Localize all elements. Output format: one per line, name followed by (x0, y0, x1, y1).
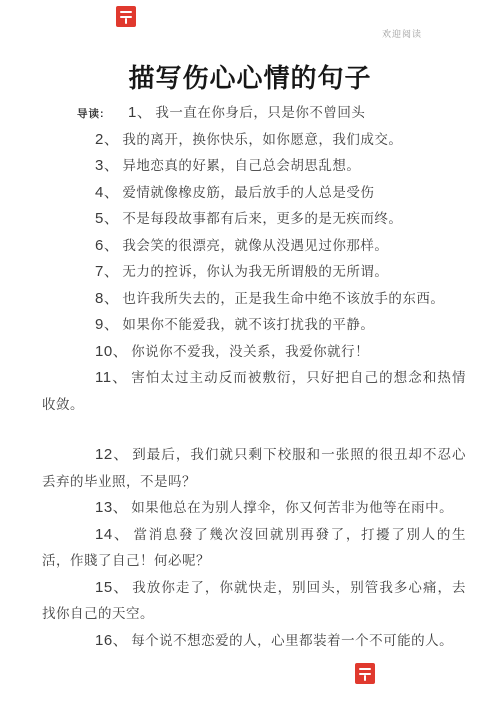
list-item: 14、當消息發了幾次沒回就別再發了，打擾了別人的生活，作賤了自己！何必呢？ (42, 522, 466, 575)
list-item: 1、我一直在你身后，只是你不曾回头 (42, 100, 466, 127)
list-item: 10、你说你不爱我，没关系，我爱你就行！ (42, 339, 466, 366)
list-item: 6、我会笑的很漂亮，就像从没遇见过你那样。 (42, 233, 466, 260)
list-item: 15、我放你走了，你就快走，别回头，别管我多心痛，去找你自己的天空。 (42, 575, 466, 628)
list-item: 12、到最后，我们就只剩下校服和一张照的很丑却不忍心丢弃的毕业照，不是吗？ (42, 442, 466, 495)
item-number: 1、 (128, 104, 152, 121)
item-text: 异地恋真的好累，自己总会胡思乱想。 (122, 158, 360, 173)
list-item: 4、爱情就像橡皮筋，最后放手的人总是受伤 (42, 180, 466, 207)
item-number: 7、 (95, 263, 119, 280)
list-item: 5、不是每段故事都有后来，更多的是无疾而终。 (42, 206, 466, 233)
item-number: 12、 (95, 446, 129, 463)
item-text: 你说你不爱我，没关系，我爱你就行！ (131, 344, 369, 359)
item-text: 爱情就像橡皮筋，最后放手的人总是受伤 (122, 185, 374, 200)
sentence-list: 1、我一直在你身后，只是你不曾回头 2、我的离开，换你快乐，如你愿意，我们成交。… (42, 100, 466, 654)
item-number: 2、 (95, 131, 119, 148)
red-stamp-icon (116, 6, 136, 27)
item-number: 9、 (95, 316, 119, 333)
item-number: 5、 (95, 210, 119, 227)
list-item: 3、异地恋真的好累，自己总会胡思乱想。 (42, 153, 466, 180)
watermark-text: 欢迎阅读 (382, 27, 422, 40)
stamp-detail (364, 675, 366, 681)
item-number: 14、 (95, 526, 131, 543)
list-item: 2、我的离开，换你快乐，如你愿意，我们成交。 (42, 127, 466, 154)
item-text: 我会笑的很漂亮，就像从没遇见过你那样。 (122, 238, 388, 253)
stamp-detail (125, 18, 127, 24)
stamp-detail (120, 11, 132, 13)
item-text: 无力的控诉，你认为我无所谓般的无所谓。 (122, 264, 388, 279)
list-item: 8、也许我所失去的，正是我生命中绝不该放手的东西。 (42, 286, 466, 313)
item-text: 不是每段故事都有后来，更多的是无疾而终。 (122, 211, 402, 226)
item-number: 6、 (95, 237, 119, 254)
stamp-detail (359, 668, 371, 670)
item-number: 11、 (95, 369, 128, 386)
item-text: 如果你不能爱我，就不该打扰我的平静。 (122, 317, 374, 332)
item-text: 我一直在你身后，只是你不曾回头 (155, 105, 365, 120)
item-number: 4、 (95, 184, 119, 201)
item-number: 13、 (95, 499, 128, 516)
item-text: 如果他总在为别人撑伞，你又何苦非为他等在雨中。 (131, 500, 453, 515)
item-number: 10、 (95, 343, 128, 360)
item-number: 3、 (95, 157, 119, 174)
item-text: 也许我所失去的，正是我生命中绝不该放手的东西。 (122, 291, 444, 306)
list-item: 11、害怕太过主动反而被敷衍，只好把自己的想念和热情收敛。 (42, 365, 466, 418)
list-item: 7、无力的控诉，你认为我无所谓般的无所谓。 (42, 259, 466, 286)
item-number: 8、 (95, 290, 119, 307)
list-item: 13、如果他总在为别人撑伞，你又何苦非为他等在雨中。 (42, 495, 466, 522)
item-text: 每个说不想恋爱的人，心里都装着一个不可能的人。 (131, 633, 453, 648)
list-item: 9、如果你不能爱我，就不该打扰我的平静。 (42, 312, 466, 339)
list-item: 16、每个说不想恋爱的人，心里都装着一个不可能的人。 (42, 628, 466, 655)
item-text: 我的离开，换你快乐，如你愿意，我们成交。 (122, 132, 402, 147)
item-number: 16、 (95, 632, 128, 649)
red-stamp-icon (355, 663, 375, 684)
document-page: 欢迎阅读 描写伤心心情的句子 导读: 1、我一直在你身后，只是你不曾回头 2、我… (0, 0, 500, 707)
item-number: 15、 (95, 579, 129, 596)
page-title: 描写伤心心情的句子 (0, 58, 500, 95)
